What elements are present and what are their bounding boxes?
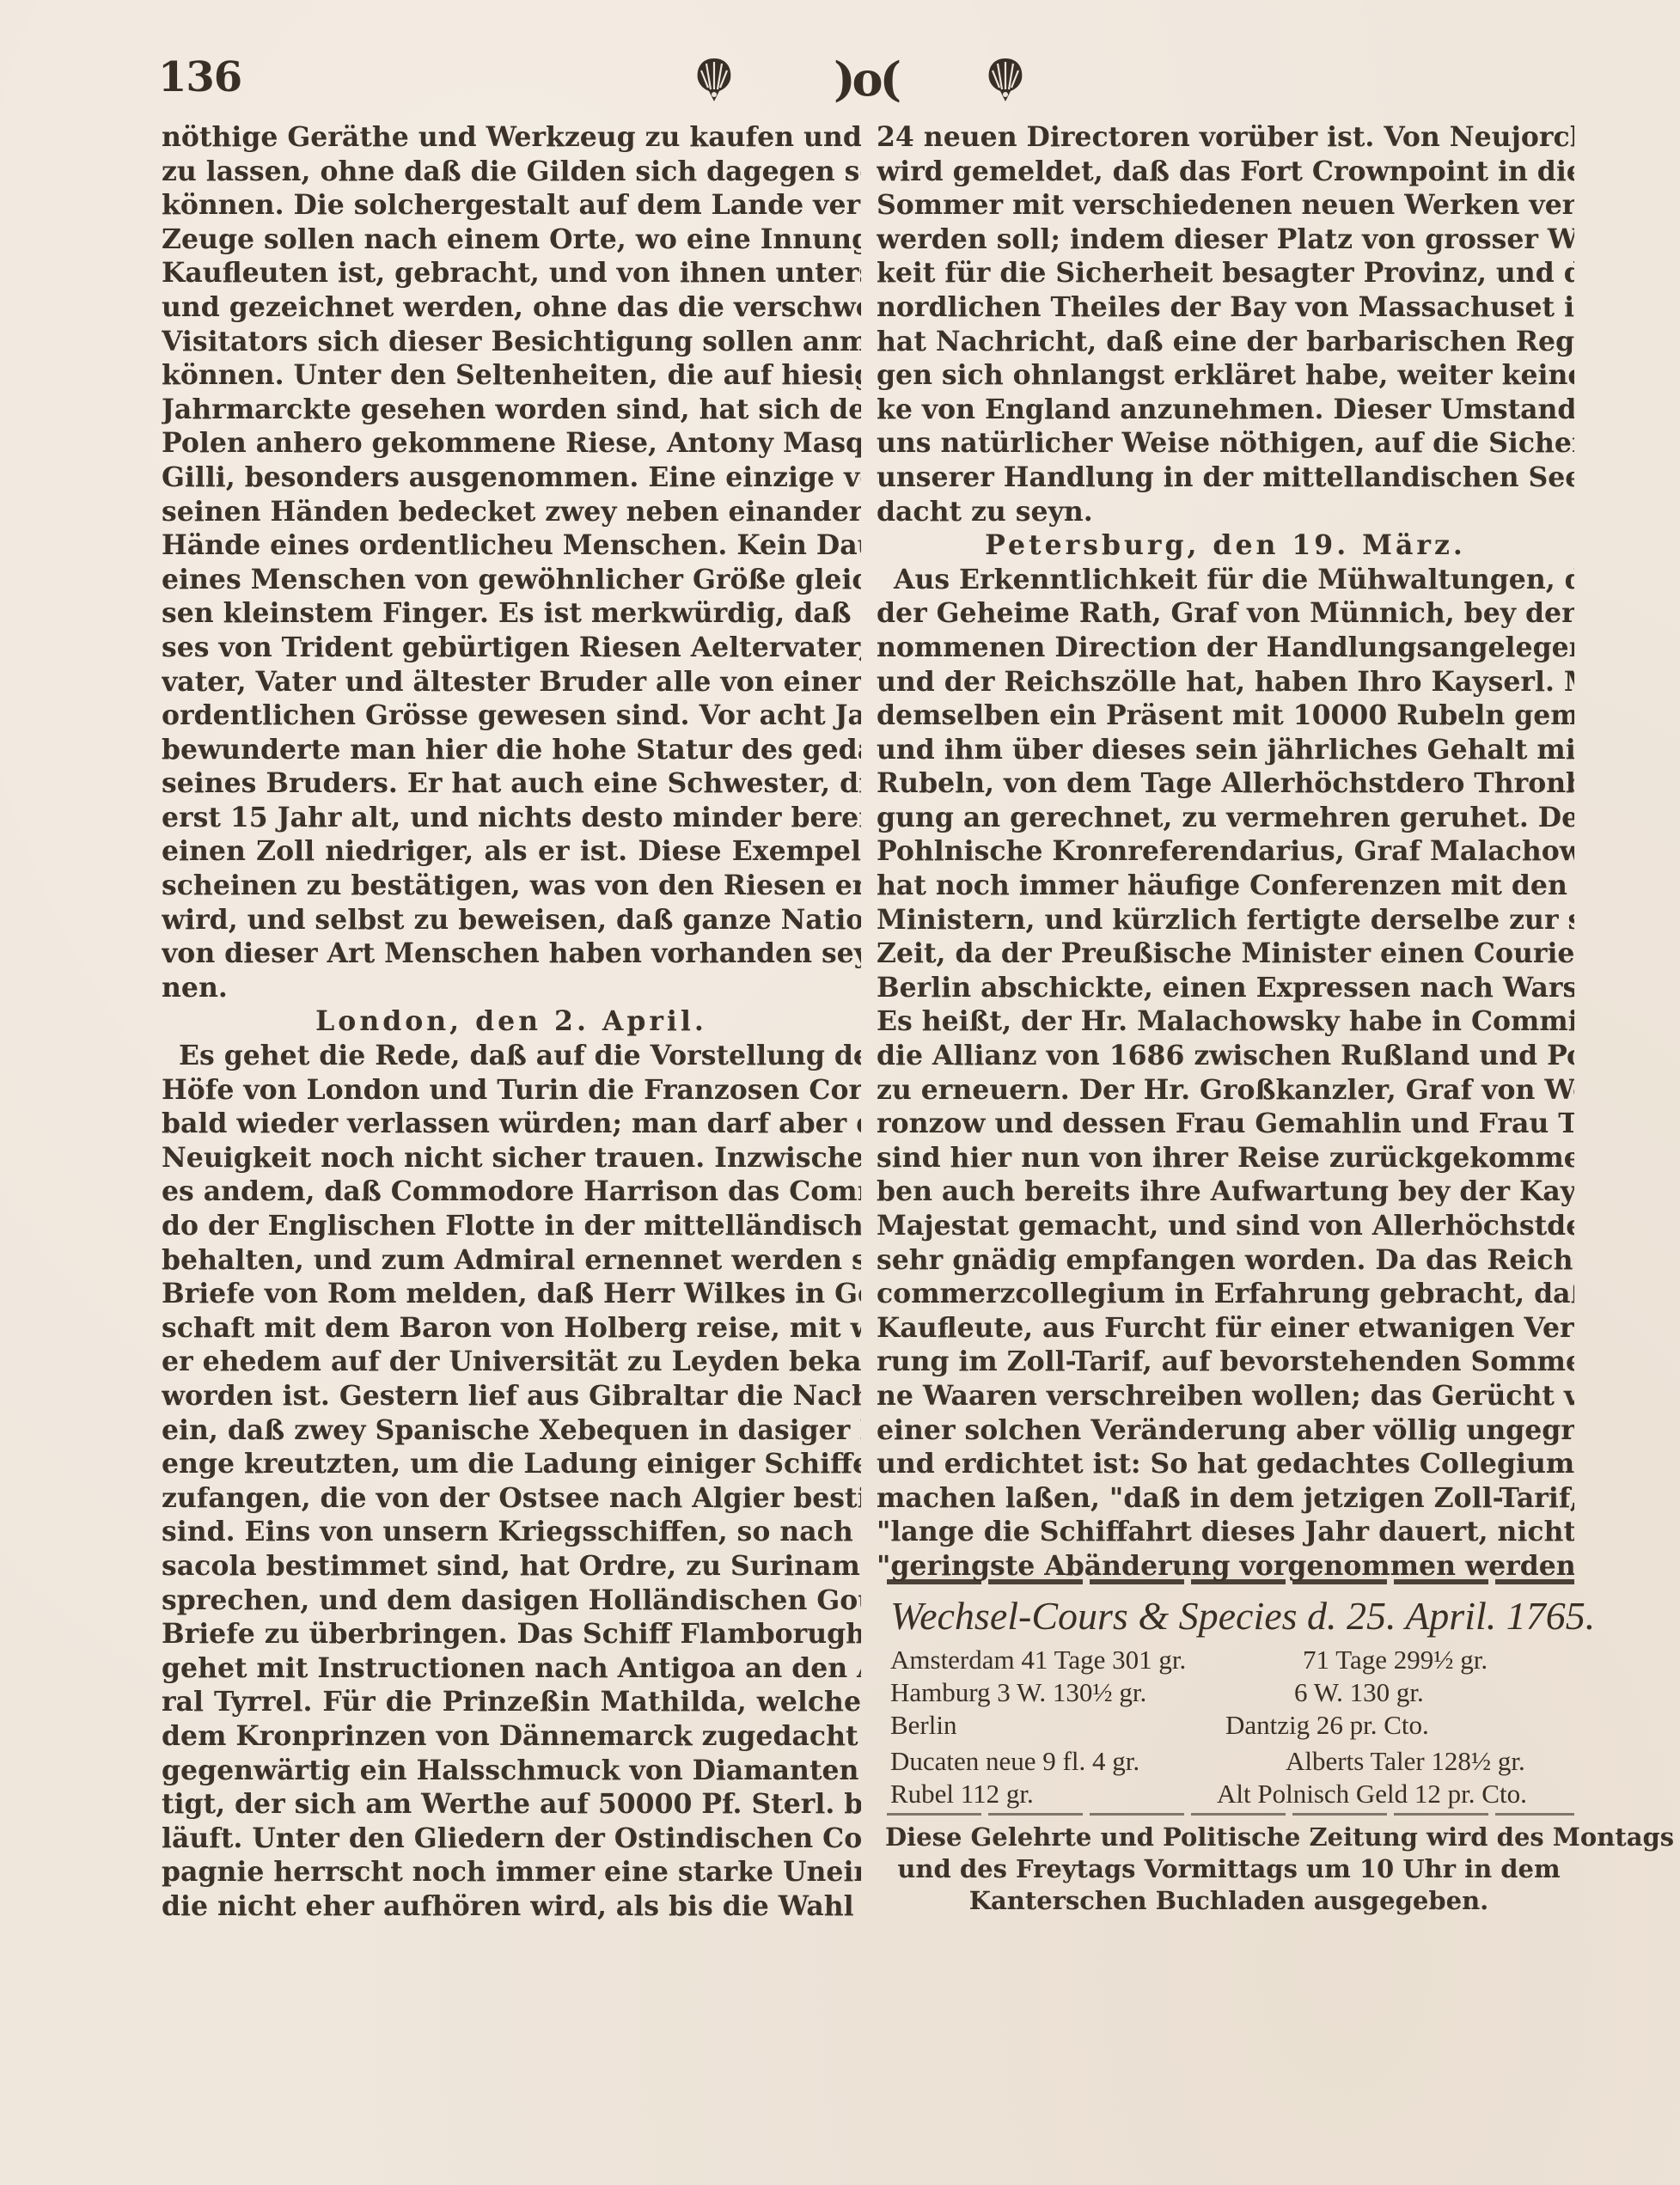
text-line: Pohlnische Kronreferendarius, Graf Malac… — [877, 834, 1574, 869]
text-line: gehet mit Instructionen nach Antigoa an … — [162, 1651, 861, 1686]
text-line: Visitators sich dieser Besichtigung soll… — [162, 325, 861, 359]
text-line: und gezeichnet werden, ohne das die vers… — [162, 290, 861, 325]
text-line: Zeit, da der Preußische Minister einen C… — [877, 937, 1574, 971]
shell-ornament-icon — [694, 55, 734, 105]
text-line: Zeuge sollen nach einem Orte, wo eine In… — [162, 223, 861, 257]
text-line: sehr gnädig empfangen worden. Da das Rei… — [877, 1243, 1574, 1278]
exchange-left: Rubel 112 gr. — [890, 1779, 1034, 1810]
exchange-right: Dantzig 26 pr. Cto. — [1225, 1710, 1429, 1741]
text-line: bewunderte man hier die hohe Statur des … — [162, 733, 861, 767]
text-line: zu erneuern. Der Hr. Großkanzler, Graf v… — [877, 1073, 1574, 1108]
text-line: unserer Handlung in der mittellandischen… — [877, 461, 1574, 495]
text-line: Briefe von Rom melden, daß Herr Wilkes i… — [162, 1277, 861, 1311]
exchange-right: Alt Polnisch Geld 12 pr. Cto. — [1217, 1779, 1527, 1810]
text-line: vater, Vater und ältester Bruder alle vo… — [162, 665, 861, 699]
text-line: schaft mit dem Baron von Holberg reise, … — [162, 1311, 861, 1346]
text-line: Aus Erkenntlichkeit für die Mühwaltungen… — [877, 563, 1574, 597]
text-line: tigt, der sich am Werthe auf 50000 Pf. S… — [162, 1787, 861, 1822]
text-line: und erdichtet ist: So hat gedachtes Coll… — [877, 1447, 1574, 1481]
text-line: zu lassen, ohne daß die Gilden sich dage… — [162, 155, 861, 189]
text-line: Hände eines ordentlicheu Menschen. Kein … — [162, 528, 861, 563]
exchange-row: Hamburg 3 W. 130½ gr. 6 W. 130 gr. — [890, 1677, 1578, 1710]
publication-note: Diese Gelehrte und Politische Zeitung wi… — [885, 1822, 1573, 1917]
text-line: Majestat gemacht, und sind von Allerhöch… — [877, 1209, 1574, 1243]
exchange-left: Amsterdam 41 Tage 301 gr. — [890, 1645, 1186, 1675]
text-line: uns natürlicher Weise nöthigen, auf die … — [877, 426, 1574, 461]
text-line: Kaufleuten ist, gebracht, und von ihnen … — [162, 256, 861, 290]
text-line: ses von Trident gebürtigen Riesen Aelter… — [162, 631, 861, 665]
text-line: ke von England anzunehmen. Dieser Umstan… — [877, 393, 1574, 427]
text-line: gegenwärtig ein Halsschmuck von Diamante… — [162, 1754, 861, 1788]
text-line: enge kreutzten, um die Ladung einiger Sc… — [162, 1447, 861, 1481]
text-line: do der Englischen Flotte in der mittellä… — [162, 1209, 861, 1243]
exchange-left: Hamburg 3 W. 130½ gr. — [890, 1677, 1146, 1708]
text-line: zufangen, die von der Ostsee nach Algier… — [162, 1481, 861, 1516]
text-line: nordlichen Theiles der Bay von Massachus… — [877, 290, 1574, 325]
exchange-row: Berlin Dantzig 26 pr. Cto. — [890, 1710, 1578, 1743]
text-line: pagnie herrscht noch immer eine starke U… — [162, 1855, 861, 1889]
exchange-row: Ducaten neue 9 fl. 4 gr. Alberts Taler 1… — [890, 1746, 1578, 1779]
text-line: sacola bestimmet sind, hat Ordre, zu Sur… — [162, 1549, 861, 1584]
publication-note-line: Kanterschen Buchladen ausgegeben. — [885, 1885, 1573, 1917]
text-line: nöthige Geräthe und Werkzeug zu kaufen u… — [162, 120, 861, 155]
text-line: und ihm über dieses sein jährliches Geha… — [877, 733, 1574, 767]
text-line: dem Kronprinzen von Dännemarck zugedacht… — [162, 1719, 861, 1754]
text-line: worden ist. Gestern lief aus Gibraltar d… — [162, 1379, 861, 1413]
text-line: Rubeln, von dem Tage Allerhöchstdero Thr… — [877, 766, 1574, 801]
text-line: Polen anhero gekommene Riese, Antony Mas… — [162, 426, 861, 461]
section-divider — [887, 1813, 1574, 1816]
text-line: können. Die solchergestalt auf dem Lande… — [162, 188, 861, 223]
text-line: wird, und selbst zu beweisen, daß ganze … — [162, 903, 861, 937]
text-line: gen sich ohnlangst erkläret habe, weiter… — [877, 358, 1574, 393]
text-line: rung im Zoll-Tarif, auf bevorstehenden S… — [877, 1345, 1574, 1379]
text-line: ral Tyrrel. Für die Prinzeßin Mathilda, … — [162, 1685, 861, 1719]
text-line: Briefe zu überbringen. Das Schiff Flambo… — [162, 1617, 861, 1651]
text-line: nommenen Direction der Handlungsangelege… — [877, 631, 1574, 665]
text-line: 24 neuen Directoren vorüber ist. Von Neu… — [877, 120, 1574, 155]
text-line: gung an gerechnet, zu vermehren geruhet.… — [877, 801, 1574, 835]
text-line: hat Nachricht, daß eine der barbarischen… — [877, 325, 1574, 359]
text-line: commerzcollegium in Erfahrung gebracht, … — [877, 1277, 1574, 1311]
exchange-row: Amsterdam 41 Tage 301 gr. 71 Tage 299½ g… — [890, 1645, 1578, 1677]
page-header: 136 )o( — [0, 50, 1680, 110]
text-line: Sommer mit verschiedenen neuen Werken ve… — [877, 188, 1574, 223]
publication-note-line: und des Freytags Vormittags um 10 Uhr in… — [885, 1853, 1573, 1885]
text-line: er ehedem auf der Universität zu Leyden … — [162, 1345, 861, 1379]
right-column: 24 neuen Directoren vorüber ist. Von Neu… — [877, 120, 1574, 1584]
text-line: einer solchen Veränderung aber völlig un… — [877, 1413, 1574, 1448]
text-line: es andem, daß Commodore Harrison das Com… — [162, 1175, 861, 1209]
text-line: demselben ein Präsent mit 10000 Rubeln g… — [877, 699, 1574, 733]
text-line: Neuigkeit noch nicht sicher trauen. Inzw… — [162, 1141, 861, 1175]
page-number: 136 — [158, 53, 241, 101]
text-line: ronzow und dessen Frau Gemahlin und Frau… — [877, 1107, 1574, 1141]
text-line: hat noch immer häufige Conferenzen mit d… — [877, 869, 1574, 903]
text-line: Ministern, und kürzlich fertigte derselb… — [877, 903, 1574, 937]
text-line: ne Waaren verschreiben wollen; das Gerüc… — [877, 1379, 1574, 1413]
text-line: erst 15 Jahr alt, und nichts desto minde… — [162, 801, 861, 835]
section-divider — [887, 1579, 1574, 1584]
text-line: sind. Eins von unsern Kriegsschiffen, so… — [162, 1515, 861, 1549]
exchange-right: 71 Tage 299½ gr. — [1303, 1645, 1488, 1675]
exchange-right: Alberts Taler 128½ gr. — [1286, 1746, 1525, 1777]
text-line: Es gehet die Rede, daß auf die Vorstellu… — [162, 1039, 861, 1073]
exchange-right: 6 W. 130 gr. — [1294, 1677, 1424, 1708]
text-line: können. Unter den Seltenheiten, die auf … — [162, 358, 861, 393]
text-line: sprechen, und dem dasigen Holländischen … — [162, 1584, 861, 1618]
dateline-london: London, den 2. April. — [162, 1004, 861, 1039]
dateline-petersburg: Petersburg, den 19. März. — [877, 528, 1574, 563]
exchange-left: Berlin — [890, 1710, 957, 1741]
text-line: eines Menschen von gewöhnlicher Größe gl… — [162, 563, 861, 597]
text-line: Es heißt, der Hr. Malachowsky habe in Co… — [877, 1004, 1574, 1039]
publication-note-line: Diese Gelehrte und Politische Zeitung wi… — [885, 1822, 1573, 1853]
exchange-row: Rubel 112 gr. Alt Polnisch Geld 12 pr. C… — [890, 1779, 1578, 1811]
text-line: "geringste Abänderung vorgenommen werden… — [877, 1549, 1574, 1584]
text-line: nen. — [162, 971, 861, 1005]
text-line: sen kleinstem Finger. Es ist merkwürdig,… — [162, 596, 861, 631]
text-line: "lange die Schiffahrt dieses Jahr dauert… — [877, 1515, 1574, 1549]
text-line: Berlin abschickte, einen Expressen nach … — [877, 971, 1574, 1005]
text-line: werden soll; indem dieser Platz von gros… — [877, 223, 1574, 257]
exchange-title: Wechsel-Cours & Species d. 25. April. 17… — [890, 1593, 1578, 1639]
text-line: sind hier nun von ihrer Reise zurückgeko… — [877, 1141, 1574, 1175]
text-line: wird gemeldet, daß das Fort Crownpoint i… — [877, 155, 1574, 189]
exchange-left: Ducaten neue 9 fl. 4 gr. — [890, 1746, 1139, 1777]
text-line: Höfe von London und Turin die Franzosen … — [162, 1073, 861, 1108]
text-line: seines Bruders. Er hat auch eine Schwest… — [162, 766, 861, 801]
text-line: keit für die Sicherheit besagter Provinz… — [877, 256, 1574, 290]
text-line: und der Reichszölle hat, haben Ihro Kays… — [877, 665, 1574, 699]
text-line: die Allianz von 1686 zwischen Rußland un… — [877, 1039, 1574, 1073]
text-line: von dieser Art Menschen haben vorhanden … — [162, 937, 861, 971]
text-line: Kaufleute, aus Furcht für einer etwanige… — [877, 1311, 1574, 1346]
text-line: läuft. Unter den Gliedern der Ostindisch… — [162, 1822, 861, 1856]
text-line: seinen Händen bedecket zwey neben einand… — [162, 495, 861, 529]
text-line: ein, daß zwey Spanische Xebequen in dasi… — [162, 1413, 861, 1448]
text-line: scheinen zu bestätigen, was von den Ries… — [162, 869, 861, 903]
text-line: der Geheime Rath, Graf von Münnich, bey … — [877, 596, 1574, 631]
text-line: ben auch bereits ihre Aufwartung bey der… — [877, 1175, 1574, 1209]
text-line: Jahrmarckte gesehen worden sind, hat sic… — [162, 393, 861, 427]
text-line: dacht zu seyn. — [877, 495, 1574, 529]
text-line: behalten, und zum Admiral ernennet werde… — [162, 1243, 861, 1278]
text-line: ordentlichen Grösse gewesen sind. Vor ac… — [162, 699, 861, 733]
text-line: machen laßen, "daß in dem jetzigen Zoll-… — [877, 1481, 1574, 1516]
newspaper-page: 136 )o( nöthige Geräthe und Werkzeug zu … — [0, 0, 1680, 2185]
text-line: die nicht eher aufhören wird, als bis di… — [162, 1889, 861, 1924]
text-line: Gilli, besonders ausgenommen. Eine einzi… — [162, 461, 861, 495]
text-line: einen Zoll niedriger, als er ist. Diese … — [162, 834, 861, 869]
shell-ornament-icon — [986, 55, 1025, 105]
center-mark: )o( — [834, 52, 898, 107]
text-line: bald wieder verlassen würden; man darf a… — [162, 1107, 861, 1141]
left-column: nöthige Geräthe und Werkzeug zu kaufen u… — [162, 120, 861, 1923]
